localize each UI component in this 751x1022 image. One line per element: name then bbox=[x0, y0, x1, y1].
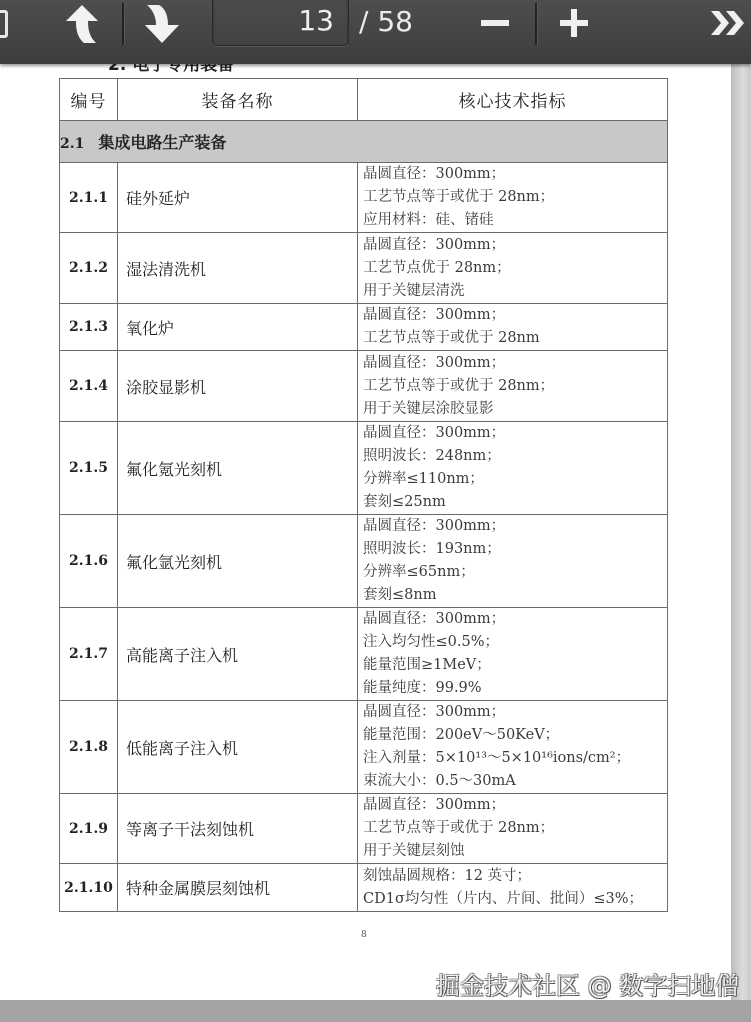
equipment-code: 2.1.7 bbox=[60, 608, 118, 701]
double-chevron-right-icon bbox=[709, 8, 749, 38]
spec-line: 工艺节点等于或优于 28nm bbox=[363, 327, 663, 350]
page-number-input[interactable]: 13 bbox=[212, 0, 349, 46]
equipment-code: 2.1.4 bbox=[60, 351, 118, 422]
equipment-name: 氟化氩光刻机 bbox=[118, 515, 358, 608]
spec-line: 工艺节点等于或优于 28nm； bbox=[363, 375, 663, 398]
header-specs: 核心技术指标 bbox=[358, 79, 668, 121]
table-row: 2.1.7高能离子注入机晶圆直径：300mm；注入均匀性≤0.5%；能量范围≥1… bbox=[60, 608, 668, 701]
plus-icon bbox=[559, 8, 589, 38]
equipment-specs: 晶圆直径：300mm；工艺节点等于或优于 28nm bbox=[358, 304, 668, 351]
header-name: 装备名称 bbox=[118, 79, 358, 121]
spec-line: 套刻≤8nm bbox=[363, 584, 663, 607]
equipment-name: 涂胶显影机 bbox=[118, 351, 358, 422]
page-edge-shadow bbox=[731, 64, 751, 1022]
spec-line: 晶圆直径：300mm； bbox=[363, 515, 663, 538]
spec-line: 晶圆直径：300mm； bbox=[363, 304, 663, 327]
equipment-name: 等离子干法刻蚀机 bbox=[118, 794, 358, 864]
equipment-name: 湿法清洗机 bbox=[118, 233, 358, 304]
spec-line: 工艺节点等于或优于 28nm； bbox=[363, 186, 663, 209]
spec-line: 能量纯度：99.9% bbox=[363, 677, 663, 700]
equipment-name: 高能离子注入机 bbox=[118, 608, 358, 701]
equipment-code: 2.1.1 bbox=[60, 163, 118, 233]
viewer-background bbox=[0, 1000, 751, 1022]
equipment-code: 2.1.2 bbox=[60, 233, 118, 304]
section-row: 2.1集成电路生产装备 bbox=[60, 121, 668, 163]
equipment-specs: 晶圆直径：300mm；工艺节点优于 28nm；用于关键层清洗 bbox=[358, 233, 668, 304]
spec-line: 晶圆直径：300mm； bbox=[363, 608, 663, 631]
equipment-specs: 晶圆直径：300mm；工艺节点等于或优于 28nm；应用材料：硅、锗硅 bbox=[358, 163, 668, 233]
equipment-table: 编号 装备名称 核心技术指标 2.1集成电路生产装备 2.1.1硅外延炉晶圆直径… bbox=[59, 78, 668, 912]
table-row: 2.1.4涂胶显影机晶圆直径：300mm；工艺节点等于或优于 28nm；用于关键… bbox=[60, 351, 668, 422]
spec-line: 工艺节点等于或优于 28nm； bbox=[363, 817, 663, 840]
spec-line: 晶圆直径：300mm； bbox=[363, 163, 663, 186]
spec-line: 应用材料：硅、锗硅 bbox=[363, 209, 663, 232]
spec-line: 分辨率≤110nm； bbox=[363, 468, 663, 491]
spec-line: 用于关键层刻蚀 bbox=[363, 840, 663, 863]
spec-line: 套刻≤25nm bbox=[363, 491, 663, 514]
spec-line: CD1σ均匀性（片内、片间、批间）≤3%； bbox=[363, 888, 663, 911]
equipment-code: 2.1.8 bbox=[60, 701, 118, 794]
equipment-specs: 晶圆直径：300mm；工艺节点等于或优于 28nm；用于关键层刻蚀 bbox=[358, 794, 668, 864]
spec-line: 刻蚀晶圆规格：12 英寸； bbox=[363, 865, 663, 888]
table-row: 2.1.10特种金属膜层刻蚀机刻蚀晶圆规格：12 英寸；CD1σ均匀性（片内、片… bbox=[60, 864, 668, 912]
spec-line: 照明波长：193nm； bbox=[363, 538, 663, 561]
spec-line: 能量范围：200eV～50KeV； bbox=[363, 724, 663, 747]
header-code: 编号 bbox=[60, 79, 118, 121]
pdf-toolbar: 13 / 58 bbox=[0, 0, 751, 64]
minus-icon bbox=[481, 18, 511, 28]
spec-line: 照明波长：248nm； bbox=[363, 445, 663, 468]
equipment-name: 低能离子注入机 bbox=[118, 701, 358, 794]
page-total: / 58 bbox=[359, 0, 413, 44]
equipment-code: 2.1.9 bbox=[60, 794, 118, 864]
zoom-in-button[interactable] bbox=[552, 2, 596, 44]
spec-line: 晶圆直径：300mm； bbox=[363, 701, 663, 724]
arrow-up-icon bbox=[64, 3, 100, 43]
equipment-specs: 刻蚀晶圆规格：12 英寸；CD1σ均匀性（片内、片间、批间）≤3%； bbox=[358, 864, 668, 912]
zoom-out-button[interactable] bbox=[476, 2, 516, 44]
previous-page-button[interactable] bbox=[62, 2, 102, 44]
equipment-name: 特种金属膜层刻蚀机 bbox=[118, 864, 358, 912]
table-header-row: 编号 装备名称 核心技术指标 bbox=[60, 79, 668, 121]
spec-line: 能量范围≥1MeV； bbox=[363, 654, 663, 677]
table-row: 2.1.6氟化氩光刻机晶圆直径：300mm；照明波长：193nm；分辨率≤65n… bbox=[60, 515, 668, 608]
equipment-specs: 晶圆直径：300mm；注入均匀性≤0.5%；能量范围≥1MeV；能量纯度：99.… bbox=[358, 608, 668, 701]
equipment-specs: 晶圆直径：300mm；能量范围：200eV～50KeV；注入剂量：5×10¹³～… bbox=[358, 701, 668, 794]
spec-line: 注入均匀性≤0.5%； bbox=[363, 631, 663, 654]
equipment-name: 氧化炉 bbox=[118, 304, 358, 351]
toolbar-separator bbox=[535, 3, 538, 45]
table-row: 2.1.3氧化炉晶圆直径：300mm；工艺节点等于或优于 28nm bbox=[60, 304, 668, 351]
sidebar-toggle-icon[interactable] bbox=[0, 10, 8, 38]
spec-line: 晶圆直径：300mm； bbox=[363, 422, 663, 445]
spec-line: 晶圆直径：300mm； bbox=[363, 794, 663, 817]
table-row: 2.1.2湿法清洗机晶圆直径：300mm；工艺节点优于 28nm；用于关键层清洗 bbox=[60, 233, 668, 304]
equipment-specs: 晶圆直径：300mm；照明波长：248nm；分辨率≤110nm；套刻≤25nm bbox=[358, 422, 668, 515]
equipment-code: 2.1.5 bbox=[60, 422, 118, 515]
more-tools-button[interactable] bbox=[706, 2, 751, 44]
equipment-code: 2.1.3 bbox=[60, 304, 118, 351]
equipment-name: 氟化氪光刻机 bbox=[118, 422, 358, 515]
equipment-code: 2.1.6 bbox=[60, 515, 118, 608]
toolbar-separator bbox=[122, 3, 125, 45]
table-row: 2.1.5氟化氪光刻机晶圆直径：300mm；照明波长：248nm；分辨率≤110… bbox=[60, 422, 668, 515]
section-number: 2.1 bbox=[60, 136, 84, 152]
spec-line: 注入剂量：5×10¹³～5×10¹⁶ions/cm²； bbox=[363, 747, 663, 770]
table-row: 2.1.9等离子干法刻蚀机晶圆直径：300mm；工艺节点等于或优于 28nm；用… bbox=[60, 794, 668, 864]
equipment-code: 2.1.10 bbox=[60, 864, 118, 912]
spec-line: 工艺节点优于 28nm； bbox=[363, 257, 663, 280]
equipment-specs: 晶圆直径：300mm；照明波长：193nm；分辨率≤65nm；套刻≤8nm bbox=[358, 515, 668, 608]
spec-line: 束流大小：0.5～30mA bbox=[363, 770, 663, 793]
table-row: 2.1.8低能离子注入机晶圆直径：300mm；能量范围：200eV～50KeV；… bbox=[60, 701, 668, 794]
next-page-button[interactable] bbox=[142, 2, 182, 44]
spec-line: 分辨率≤65nm； bbox=[363, 561, 663, 584]
spec-line: 用于关键层涂胶显影 bbox=[363, 398, 663, 421]
spec-line: 晶圆直径：300mm； bbox=[363, 352, 663, 375]
arrow-down-icon bbox=[143, 3, 181, 43]
page-footer-number: 8 bbox=[361, 930, 367, 940]
spec-line: 用于关键层清洗 bbox=[363, 280, 663, 303]
table-row: 2.1.1硅外延炉晶圆直径：300mm；工艺节点等于或优于 28nm；应用材料：… bbox=[60, 163, 668, 233]
equipment-specs: 晶圆直径：300mm；工艺节点等于或优于 28nm；用于关键层涂胶显影 bbox=[358, 351, 668, 422]
spec-line: 晶圆直径：300mm； bbox=[363, 234, 663, 257]
watermark: 掘金技术社区 @ 数字扫地僧 bbox=[436, 966, 739, 1001]
section-title: 集成电路生产装备 bbox=[98, 133, 226, 152]
equipment-name: 硅外延炉 bbox=[118, 163, 358, 233]
